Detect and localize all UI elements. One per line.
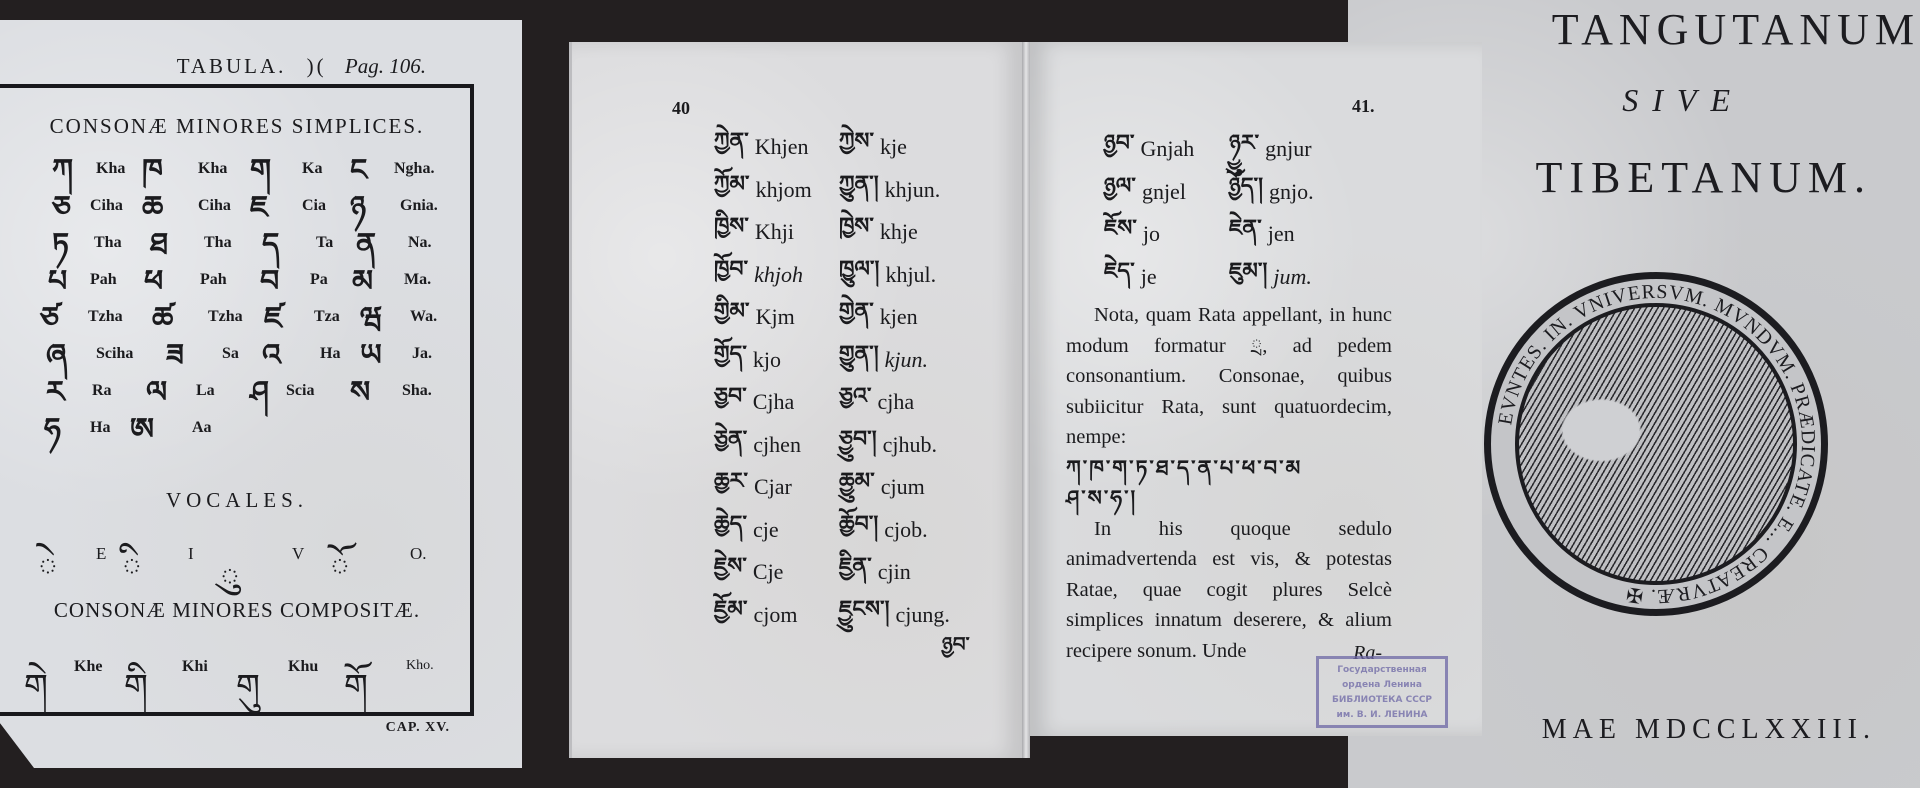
consonant-label: Cia (302, 197, 326, 215)
compound-glyph: གོ (344, 648, 368, 744)
page-number: 40 (672, 98, 690, 119)
header-page-ref: Pag. 106. (345, 54, 426, 78)
consonant-row: ཀ Kha ཁ Kha ག Ka ང Ngha. (10, 160, 470, 197)
tibetan-consonant-line-2: ཤ་ས་ཧ་། (1066, 483, 1392, 514)
consonant-label: Sa (222, 345, 239, 363)
transliteration: jo (1143, 221, 1160, 247)
consonant-label: Pa (310, 271, 328, 289)
consonant-label: Ciha (198, 197, 231, 215)
tibetan-glyph: འ (262, 341, 281, 371)
consonant-label: Wa. (410, 308, 437, 326)
tibetan-syllable: ཇུམ་། (1229, 246, 1267, 308)
transliteration: gnjur (1265, 136, 1311, 162)
tibetan-glyph: པ (48, 267, 67, 297)
book-page-41: 41. ཉྱབ་Gnjah ཉྱུར་gnjur ཉྱལ་gnjel ཉྱོད་… (1030, 42, 1482, 736)
consonant-label: Tza (314, 308, 340, 326)
transliteration: Khji (755, 219, 794, 245)
consonant-label: Pah (200, 271, 227, 289)
transliteration: kje (880, 134, 907, 160)
consonant-label: Ka (302, 160, 322, 178)
transliteration: jen (1268, 221, 1295, 247)
compound-label: Khu (288, 658, 318, 676)
transliteration: kjun. (885, 347, 928, 373)
compound-label: Kho. (406, 658, 434, 674)
tibetan-glyph: ང (350, 156, 367, 186)
vowel-label: O. (410, 544, 427, 564)
transliteration: khjom (756, 177, 812, 203)
tibetan-syllable: ཇེད་ (1104, 246, 1135, 308)
consonant-label: Ngha. (394, 160, 434, 178)
transliteration: khjun. (885, 177, 941, 203)
compound-glyph: གེ (24, 648, 48, 744)
paragraph-rata-note: Nota, quam Rata appellant, in hunc modum… (1066, 300, 1392, 453)
library-stamp: Государственная ордена Ленина БИБЛИОТЕКА… (1316, 656, 1448, 728)
tibetan-glyph: ཨ (130, 415, 154, 445)
transliteration: khjul. (885, 262, 936, 288)
section-title-simple: CONSONÆ MINORES SIMPLICES. (0, 114, 474, 139)
consonant-label: Scia (286, 382, 314, 400)
transliteration: Cjha (753, 389, 795, 415)
consonant-label: Sha. (402, 382, 432, 400)
header-separator: )( (307, 54, 327, 78)
book-gutter (1022, 42, 1030, 758)
consonant-label: Kha (96, 160, 125, 178)
consonant-label: Pah (90, 271, 117, 289)
consonant-label: Ta (316, 234, 333, 252)
tibetan-syllable: ཇྱོམ་ (714, 584, 747, 646)
stamp-line: Государственная (1319, 663, 1445, 678)
tibetan-glyph: ཞ (46, 341, 67, 371)
stamp-line: им. В. И. ЛЕНИНА (1319, 708, 1445, 723)
tibetan-glyph: ཕ (144, 267, 163, 297)
paragraph-rata-effect: In his quoque sedulo animadvertenda est … (1066, 514, 1392, 667)
consonant-row: པ Pah ཕ Pah བ Pa མ Ma. (10, 271, 470, 308)
emblem-engraving (1515, 303, 1797, 585)
consonant-label: Ha (320, 345, 340, 363)
syllable-list: ཉྱབ་Gnjah ཉྱུར་gnjur ཉྱལ་gnjel ཉྱོད་།gnj… (1104, 128, 1394, 298)
consonant-label: Aa (192, 419, 212, 437)
tibetan-glyph: བ (260, 267, 279, 297)
transliteration: kjo (753, 347, 781, 373)
tibetan-glyph: ཀ (52, 156, 73, 186)
tibetan-glyph: ཐ (150, 230, 168, 260)
catchword-tibetan: ཉྱབ་ (942, 622, 970, 678)
consonant-grid: ཀ Kha ཁ Kha ག Ka ང Ngha. ཅ Ciha ཆ Ciha ཇ… (10, 160, 470, 456)
transliteration: cje (753, 517, 779, 543)
consonant-row: ཏ Tha ཐ Tha ད Ta ན Na. (10, 234, 470, 271)
transliteration: cjhub. (883, 432, 937, 458)
transliteration: kjen (880, 304, 918, 330)
tabula-page: TABULA. )( Pag. 106. CONSONÆ MINORES SIM… (0, 20, 522, 768)
transliteration: jum. (1273, 264, 1312, 290)
consonant-label: Kha (198, 160, 227, 178)
consonant-label: Tzha (208, 308, 243, 326)
tibetan-glyph: ཤ (250, 378, 269, 408)
transliteration: cjum (881, 474, 925, 500)
tibetan-glyph: མ (352, 267, 373, 297)
tibetan-glyph: ན (356, 230, 376, 260)
page-number: 41. (1352, 96, 1375, 117)
consonant-label: Ja. (412, 345, 432, 363)
consonant-label: Na. (408, 234, 432, 252)
compound-glyph: གི (124, 648, 148, 744)
tabula-header: TABULA. )( Pag. 106. (0, 54, 522, 79)
transliteration: Kjm (756, 304, 795, 330)
tibetan-glyph: ཛ (264, 304, 282, 334)
consonant-row: ཅ Ciha ཆ Ciha ཇ Cia ཉ Gnia. (10, 197, 470, 234)
list-item: ཇེད་je ཇུམ་།jum. (1104, 256, 1394, 299)
header-title: TABULA. (177, 54, 287, 78)
transliteration: cjom (753, 602, 797, 628)
tibetan-glyph: ས (350, 378, 370, 408)
compound-row: གེ Khe གི Khi གུ Khu གོ Kho. (0, 648, 474, 698)
tibetan-consonant-line-1: ཀ་ཁ་ག་ཏ་ཐ་ད་ན་པ་ཕ་བ་མ (1066, 453, 1392, 484)
vowel-row: ེ E ི I ུ V ོ O. (0, 528, 474, 588)
tibetan-glyph: ཅ (52, 193, 71, 223)
consonant-label: Tzha (88, 308, 123, 326)
tibetan-glyph: ཝ (360, 304, 382, 334)
tibetan-glyph: ཟ (166, 341, 184, 371)
vowel-label: E (96, 544, 106, 564)
stamp-line: ордена Ленина (1319, 678, 1445, 693)
tibetan-glyph: ཉ (350, 193, 366, 223)
tibetan-syllable: ཇྱུངས་། (839, 584, 889, 646)
consonant-row: ཙ Tzha ཚ Tzha ཛ Tza ཝ Wa. (10, 308, 470, 345)
transliteration: Khjen (755, 134, 809, 160)
transliteration: gnjel (1142, 179, 1186, 205)
tibetan-glyph: ག (250, 156, 271, 186)
tibetan-glyph: ཁ (142, 156, 163, 186)
body-text: Nota, quam Rata appellant, in hunc modum… (1066, 300, 1392, 666)
tibetan-glyph: ཚ (152, 304, 173, 334)
compound-glyph: གུ (236, 648, 260, 744)
compound-label: Khi (182, 658, 208, 676)
vowel-label: V (292, 544, 304, 564)
transliteration: je (1141, 264, 1157, 290)
transliteration: cjin (878, 559, 911, 585)
consonant-label: Ha (90, 419, 110, 437)
tibetan-glyph: ཧ (44, 415, 61, 445)
book-page-40: 40 ཀྱེན་Khjen ཀྱེས་kje ཀྱོམ་khjom ཀྱུན་།… (572, 42, 1022, 758)
section-title-compound: CONSONÆ MINORES COMPOSITÆ. (0, 598, 474, 623)
vowel-glyph: ུ (220, 538, 240, 640)
tibetan-glyph: ཇ (250, 193, 268, 223)
transliteration: khje (880, 219, 918, 245)
stamp-line: БИБЛИОТЕКА СССР (1319, 693, 1445, 708)
consonant-row: ཧ Ha ཨ Aa (10, 419, 470, 456)
syllable-list: ཀྱེན་Khjen ཀྱེས་kje ཀྱོམ་khjom ཀྱུན་།khj… (714, 126, 1004, 636)
consonant-label: La (196, 382, 215, 400)
compound-label: Khe (74, 658, 102, 676)
transliteration: Cje (753, 559, 784, 585)
transliteration: gnjo. (1269, 179, 1314, 205)
consonant-label: Sciha (96, 345, 133, 363)
transliteration: cjhen (753, 432, 801, 458)
transliteration: Cjar (754, 474, 792, 500)
tibetan-glyph: ཡ (360, 341, 382, 371)
transliteration: Gnjah (1141, 136, 1195, 162)
chapter-label: CAP. XV. (386, 720, 450, 736)
consonant-label: Ciha (90, 197, 123, 215)
consonant-row: ར Ra ལ La ཤ Scia ས Sha. (10, 382, 470, 419)
tabula-frame: CONSONÆ MINORES SIMPLICES. ཀ Kha ཁ Kha ག… (0, 84, 474, 716)
tibetan-glyph: ར (46, 378, 65, 408)
transliteration: cjob. (884, 517, 927, 543)
consonant-row: ཞ Sciha ཟ Sa འ Ha ཡ Ja. (10, 345, 470, 382)
consonant-label: Ma. (404, 271, 431, 289)
tibetan-glyph: ཆ (142, 193, 163, 223)
transliteration: khjoh (754, 262, 803, 288)
tibetan-glyph: ཏ (52, 230, 69, 260)
consonant-label: Tha (94, 234, 122, 252)
consonant-label: Gnia. (400, 197, 438, 215)
tibetan-glyph: ཙ (40, 304, 59, 334)
consonant-label: Tha (204, 234, 232, 252)
printer-emblem: EVNTES. IN. VNIVERSVM. MVNDVM. PRÆDICATE… (1484, 272, 1828, 616)
tibetan-glyph: ལ (146, 378, 167, 408)
tibetan-glyph: ད (262, 230, 279, 260)
vowel-label: I (188, 544, 194, 564)
section-title-vowels: VOCALES. (0, 488, 474, 513)
transliteration: cjha (877, 389, 914, 415)
consonant-label: Ra (92, 382, 112, 400)
